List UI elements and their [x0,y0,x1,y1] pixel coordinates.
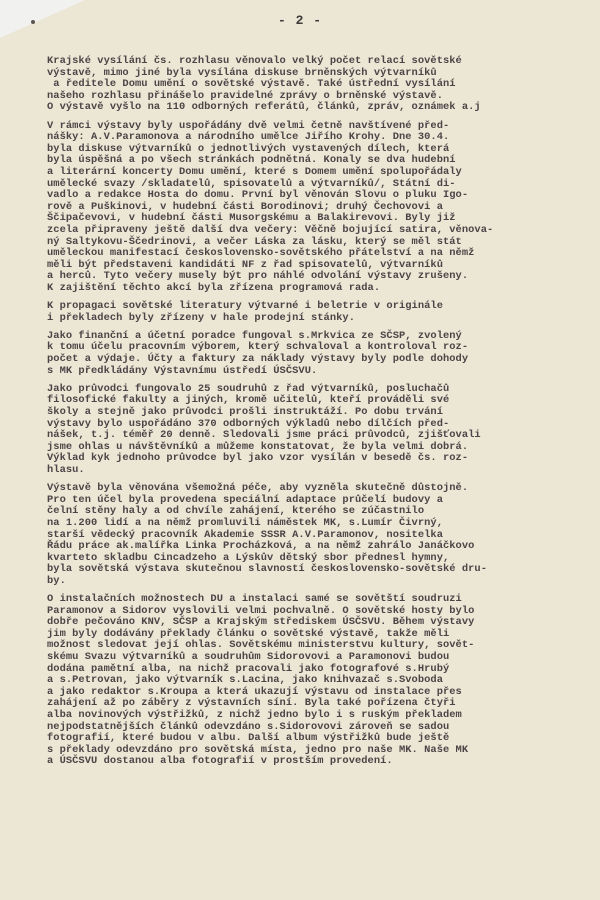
typewritten-page: - 2 - Krajské vysílání čs. rozhlasu věno… [0,0,600,900]
page-number: - 2 - [0,13,600,28]
paragraph: Výstavě byla věnována všemožná péče, aby… [47,483,600,587]
text-line: a ÚSČSVU dostanou alba fotografií v pros… [47,756,600,768]
paragraph: Jako průvodci fungovalo 25 soudruhů z řa… [47,384,600,477]
text-line: uměleckou manifestací československo-sov… [47,248,600,260]
text-line: na 1.200 lidí a na němž promluvili náměs… [47,518,600,530]
text-line: Výstavě byla věnována všemožná péče, aby… [47,483,600,495]
text-line: Krajské vysílání čs. rozhlasu věnovalo v… [47,56,600,68]
text-line: K zajištění těchto akcí byla zřízena pro… [47,283,600,295]
text-line: byla sovětská výstava skutečnou slavnost… [47,564,600,576]
text-line: počet a výdaje. Účty a faktury za náklad… [47,354,600,366]
paragraph: Krajské vysílání čs. rozhlasu věnovalo v… [47,56,600,114]
text-line: i překladech byly zřízeny v hale prodejn… [47,313,600,325]
paragraph: K propagaci sovětské literatury výtvarné… [47,301,600,324]
text-line: vadlo a redakce Hosta do domu. První byl… [47,190,600,202]
text-line: školy a stejně jako průvodci prošli inst… [47,407,600,419]
paragraph: V rámci výstavy byly uspořádány dvě velm… [47,121,600,295]
text-line: zcela připraveny ještě další dva večery:… [47,225,600,237]
text-line: s MK předkládány Výstavnímu ústředí ÚSČS… [47,366,600,378]
text-line: a literární koncerty Domu umění, které s… [47,167,600,179]
text-line: O instalačních možnostech DU a instalaci… [47,594,600,606]
document-body: Krajské vysílání čs. rozhlasu věnovalo v… [47,56,600,775]
paragraph: Jako finanční a účetní poradce fungoval … [47,331,600,377]
text-line: skému Svazu výtvarníků a soudruhům Sidor… [47,652,600,664]
paragraph: O instalačních možnostech DU a instalaci… [47,594,600,768]
text-line: nášky: A.V.Paramonova a národního umělce… [47,132,600,144]
text-line: K propagaci sovětské literatury výtvarné… [47,301,600,313]
text-line: Řádu práce ak.malířka Linka Procházková,… [47,541,600,553]
text-line: alba novinových výstřižků, z nichž jedno… [47,710,600,722]
text-line: O výstavě vyšlo na 110 odborných referát… [47,102,600,114]
text-line: Výklad kyk jednoho průvodce byl jako vzo… [47,453,600,465]
text-line: by. [47,576,600,588]
text-line: hlasu. [47,465,600,477]
